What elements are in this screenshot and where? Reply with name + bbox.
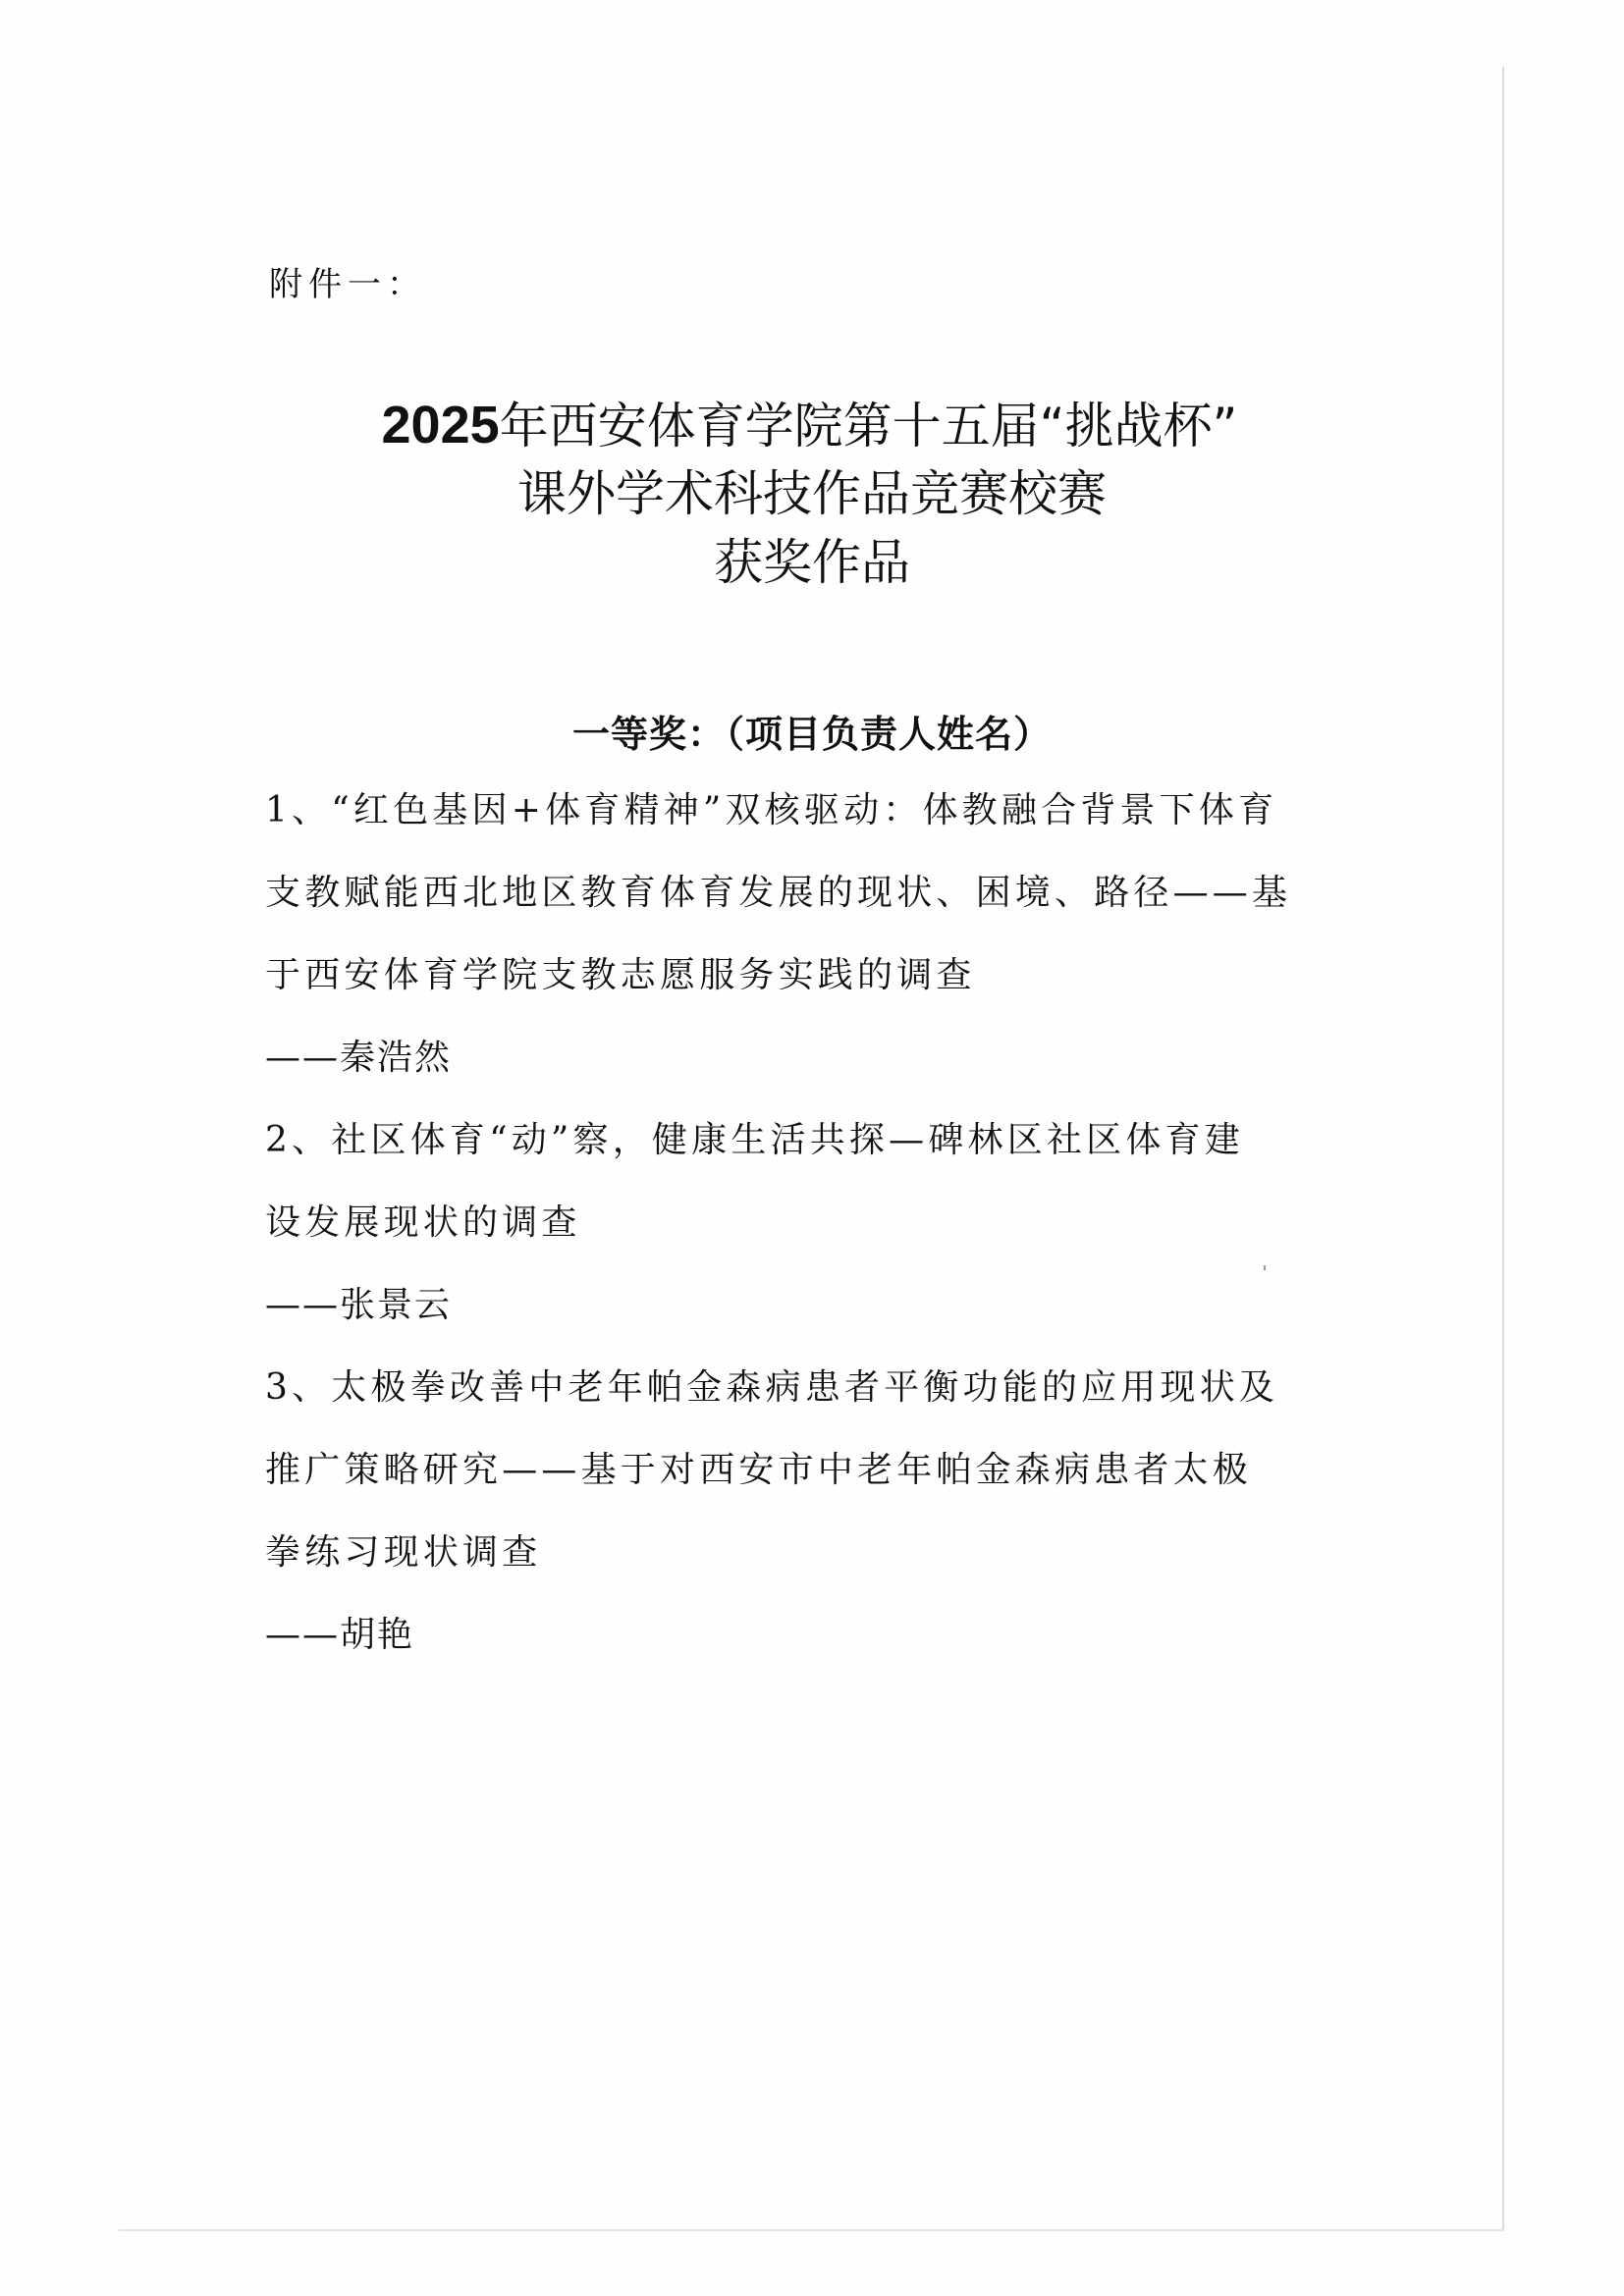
entry-title-line: 支教赋能西北地区教育体育发展的现状、困境、路径——基 xyxy=(265,870,1365,952)
attachment-label: 附件一： xyxy=(269,257,426,305)
title-line-1-text: 年西安体育学院第十五届“挑战杯” xyxy=(500,398,1238,454)
document-title: 2025年西安体育学院第十五届“挑战杯” 课外学术科技作品竞赛校赛 获奖作品 xyxy=(0,391,1624,597)
title-line-1: 2025年西安体育学院第十五届“挑战杯” xyxy=(0,391,1624,459)
entry-title-line: 推广策略研究——基于对西安市中老年帕金森病患者太极 xyxy=(265,1447,1365,1529)
entry-title-line: 3、太极拳改善中老年帕金森病患者平衡功能的应用现状及 xyxy=(265,1364,1365,1447)
award-entries-list: 1、“红色基因+体育精神”双核驱动：体教融合背景下体育 支教赋能西北地区教育体育… xyxy=(265,787,1365,1694)
entry-title-line: 设发展现状的调查 xyxy=(265,1200,1365,1282)
entry-title-line: 2、社区体育“动”察，健康生活共探—碑林区社区体育建 xyxy=(265,1117,1365,1200)
entry-title-line: 拳练习现状调查 xyxy=(265,1529,1365,1612)
award-entry-2: 2、社区体育“动”察，健康生活共探—碑林区社区体育建 设发展现状的调查 ——张景… xyxy=(265,1117,1365,1364)
title-line-2: 课外学术科技作品竞赛校赛 xyxy=(0,459,1624,528)
first-prize-heading: 一等奖：（项目负责人姓名） xyxy=(0,704,1624,758)
award-entry-1: 1、“红色基因+体育精神”双核驱动：体教融合背景下体育 支教赋能西北地区教育体育… xyxy=(265,787,1365,1117)
entry-author: ——秦浩然 xyxy=(265,1035,1365,1117)
entry-title-line: 1、“红色基因+体育精神”双核驱动：体教融合背景下体育 xyxy=(265,787,1365,870)
scan-edge-line-bottom xyxy=(119,2229,1504,2231)
award-entry-3: 3、太极拳改善中老年帕金森病患者平衡功能的应用现状及 推广策略研究——基于对西安… xyxy=(265,1364,1365,1694)
title-line-3: 获奖作品 xyxy=(0,528,1624,597)
entry-title-line: 于西安体育学院支教志愿服务实践的调查 xyxy=(265,952,1365,1035)
entry-author: ——胡艳 xyxy=(265,1612,1365,1694)
entry-author: ——张景云 xyxy=(265,1282,1365,1364)
title-year: 2025 xyxy=(382,396,500,454)
